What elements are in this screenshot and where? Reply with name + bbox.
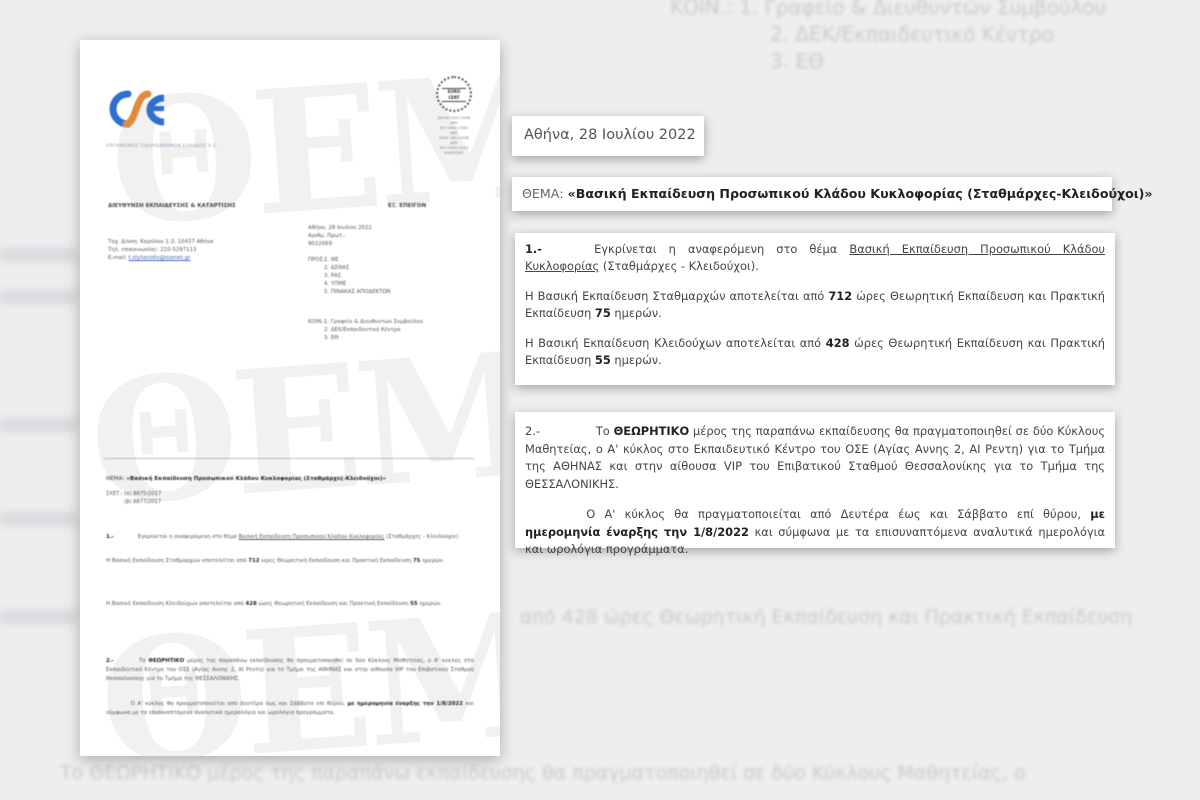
para-text: Το (596, 424, 610, 438)
address-phone: Τηλ. επικοινωνίας: 210-5297113 (108, 246, 213, 254)
excerpt-para-theory: 2.- Το ΘΕΩΡΗΤΙΚΟ μέρος της παραπάνω εκπα… (525, 423, 1105, 493)
para-text: (Σταθμάρχες - Κλειδούχοι). (603, 259, 759, 273)
excerpt-date: Αθήνα, 28 Ιουλίου 2022 (512, 116, 704, 156)
para-text: Το (139, 658, 146, 664)
background-line: ΚΟΙΝ.: 1. Γραφείο & Διευθυντών Συμβούλου (670, 0, 1106, 21)
protocol-number: 9022669 (308, 240, 423, 248)
background-line: 2. ΔΕΚ/Εκπαιδευτικό Κέντρο (670, 21, 1106, 48)
protocol-label: Αριθμ. Πρωτ.: (308, 232, 423, 240)
subject-text: «Βασική Εκπαίδευση Προσωπικού Κλάδου Κυκ… (126, 476, 386, 482)
para-text: Η Βασική Εκπαίδευση Κλειδούχων αποτελείτ… (106, 601, 244, 607)
para-number: 1.- (525, 242, 542, 256)
para-underlined: Βασική Εκπαίδευση Προσωπικού Κλάδου Κυκλ… (239, 534, 385, 540)
divider (104, 458, 474, 459)
org-name: ΟΡΓΑΝΙΣΜΟΣ ΣΙΔΗΡΟΔΡΟΜΩΝ ΕΛΛΑΔΟΣ Α.Ε. (106, 144, 218, 149)
recipient-item: 4. ΥΠΜΕ (324, 280, 391, 288)
letter-date: Αθήνα, 28 Ιουλίου 2022 (308, 224, 423, 232)
background-cc-list: ΚΟΙΝ.: 1. Γραφείο & Διευθυντών Συμβούλου… (670, 0, 1106, 75)
para-text: ημερών. (419, 601, 441, 607)
email-link[interactable]: t.stylianidis@osenet.gr (128, 255, 190, 261)
background-blur (0, 418, 78, 432)
days-value: 75 (413, 558, 421, 564)
recipient-item: 3. ΡΑΣ (324, 272, 391, 280)
days-value: 75 (595, 306, 611, 320)
cc-list: ΚΟΙΝ.: 1. Γραφείο & Διευθυντών Συμβούλου… (308, 318, 423, 342)
paragraph-2: 2.- Το ΘΕΩΡΗΤΙΚΟ μέρος της παραπάνω εκπα… (106, 657, 474, 684)
paragraph-switchmen: Η Βασική Εκπαίδευση Κλειδούχων αποτελείτ… (106, 600, 474, 609)
cc-item: 1. Γραφείο & Διευθυντών Συμβούλου (324, 318, 423, 326)
excerpt-paragraph-2: 2.- Το ΘΕΩΡΗΤΙΚΟ μέρος της παραπάνω εκπα… (515, 412, 1115, 548)
ose-logo-icon (106, 86, 168, 132)
hours-value: 712 (828, 289, 852, 303)
hours-value: 712 (248, 558, 259, 564)
address-street: Ταχ. Δ/νση: Καρόλου 1-3, 10437 Αθήνα (108, 238, 213, 246)
excerpt-subject: ΘΕΜΑ: «Βασική Εκπαίδευση Προσωπικού Κλάδ… (512, 177, 1112, 211)
background-line-mid: από 428 ώρες Θεωρητική Εκπαίδευση και Πρ… (520, 606, 1132, 628)
excerpt-para-stationmasters: Η Βασική Εκπαίδευση Σταθμαρχών αποτελείτ… (525, 288, 1105, 322)
letter-subject: ΘΕΜΑ: «Βασική Εκπαίδευση Προσωπικού Κλάδ… (106, 476, 386, 482)
paragraph-1: 1.- Εγκρίνεται η αναφερόμενη στο θέμα Βα… (106, 533, 474, 542)
subject-text: «Βασική Εκπαίδευση Προσωπικού Κλάδου Κυκ… (568, 186, 1153, 201)
ref-item: (α) 8875/2017 (124, 490, 161, 498)
subject-label: ΘΕΜΑ: (106, 476, 124, 482)
ref-item: (β) 8877/2017 (124, 498, 161, 506)
background-blur (0, 248, 78, 262)
para-text: Εγκρίνεται η αναφερόμενη στο θέμα (594, 242, 837, 256)
excerpt-paragraph-1: 1.- Εγκρίνεται η αναφερόμενη στο θέμα Βα… (515, 233, 1115, 385)
background-line: 3. ΕΘ (670, 48, 1106, 75)
cert-label-bottom: CERT (442, 95, 466, 101)
para-number: 2.- (106, 658, 114, 664)
hours-value: 428 (826, 336, 850, 350)
days-value: 55 (595, 353, 611, 367)
background-blur (0, 512, 78, 526)
letter-page: ΘΕΜΑ ΘΕΜΑ ΘΕΜΑ ΟΡΓΑΝΙΣΜΟΣ ΣΙΔΗΡΟΔΡΟΜΩΝ Ε… (80, 40, 500, 756)
cc-item: 2. ΔΕΚ/Εκπαιδευτικό Κέντρο (324, 326, 423, 334)
para-text: ώρες Θεωρητική Εκπαίδευση και Πρακτική Ε… (261, 558, 411, 564)
recipient-item: 2. ΔΣΘΑΣ (324, 264, 391, 272)
para-text: ώρες Θεωρητική Εκπαίδευση και Πρακτική Ε… (259, 601, 409, 607)
cert-line: EUROCERT (436, 151, 472, 156)
letter-meta: Αθήνα, 28 Ιουλίου 2022 Αριθμ. Πρωτ.: 902… (308, 224, 423, 342)
para-bold: ΘΕΩΡΗΤΙΚΟ (614, 424, 690, 438)
references: ΣΧΕΤ.: (α) 8875/2017 (β) 8877/2017 (106, 490, 161, 506)
para-text: (Σταθμάρχες - Κλειδούχοι). (386, 534, 460, 540)
para-text: ημερών. (614, 306, 661, 320)
para-text: Ο Α' κύκλος θα πραγματοποιείται από Δευτ… (131, 701, 345, 707)
para-text: Ο Α' κύκλος θα πραγματοποιείται από Δευτ… (586, 507, 1081, 521)
subject-label: ΘΕΜΑ: (522, 186, 564, 201)
excerpt-para-switchmen: Η Βασική Εκπαίδευση Κλειδούχων αποτελείτ… (525, 335, 1105, 369)
para-text: Εγκρίνεται η αναφερόμενη στο θέμα (138, 534, 237, 540)
excerpt-para-approval: 1.- Εγκρίνεται η αναφερόμενη στο θέμα Βα… (525, 241, 1105, 275)
refs-label: ΣΧΕΤ.: (106, 490, 124, 506)
department-heading: ΔΙΕΥΘΥΝΣΗ ΕΚΠΑΙΔΕΥΣΗΣ & ΚΑΤΑΡΤΙΣΗΣ (108, 203, 236, 209)
para-text: ημερών. (614, 353, 661, 367)
hours-value: 428 (246, 601, 257, 607)
recipient-item: 5. ΠΙΝΑΚΑΣ ΑΠΟΔΕΚΤΩΝ (324, 288, 391, 296)
para-number: 2.- (525, 424, 540, 438)
background-line-bottom: Το ΘΕΩΡΗΤΙΚΟ μέρος της παραπάνω εκπαίδευ… (60, 762, 1026, 784)
paragraph-start-date: Ο Α' κύκλος θα πραγματοποιείται από Δευτ… (106, 700, 474, 718)
recipients-label: ΠΡΟΣ: (308, 256, 324, 296)
cc-label: ΚΟΙΝ.: (308, 318, 324, 342)
para-text: μέρος της παραπάνω εκπαίδευσης θα πραγμα… (525, 424, 1105, 491)
para-text: ημερών. (422, 558, 444, 564)
days-value: 55 (410, 601, 418, 607)
start-date: με ημερομηνία έναρξης την 1/8/2022 (347, 701, 462, 707)
para-text: Η Βασική Εκπαίδευση Σταθμαρχών αποτελείτ… (106, 558, 247, 564)
para-text: Η Βασική Εκπαίδευση Κλειδούχων αποτελείτ… (525, 336, 821, 350)
excerpt-para-start-date: Ο Α' κύκλος θα πραγματοποιείται από Δευτ… (525, 506, 1105, 559)
cc-item: 3. ΕΘ (324, 334, 423, 342)
urgency-label: ΕΞ. ΕΠΕΙΓΟΝ (388, 203, 426, 209)
email-label: E-mail: (108, 255, 127, 261)
recipient-item: 1. ΘΕ (324, 256, 391, 264)
para-number: 1.- (106, 534, 114, 540)
paragraph-stationmasters: Η Βασική Εκπαίδευση Σταθμαρχών αποτελείτ… (106, 557, 474, 566)
background-blur (0, 290, 78, 304)
eu-stars-icon: EURO CERT (436, 76, 472, 112)
background-blur (0, 610, 78, 624)
para-text: Η Βασική Εκπαίδευση Σταθμαρχών αποτελείτ… (525, 289, 824, 303)
recipients: ΠΡΟΣ: 1. ΘΕ 2. ΔΣΘΑΣ 3. ΡΑΣ 4. ΥΠΜΕ 5. Π… (308, 256, 423, 296)
eurocert-badge: EURO CERT EN ISO 9001:2008 ΔΠΕ ISO 14001… (436, 76, 472, 156)
para-bold: ΘΕΩΡΗΤΙΚΟ (148, 658, 184, 664)
cert-lines: EN ISO 9001:2008 ΔΠΕ ISO 14001:2004 ΔΠΕ … (436, 116, 472, 156)
sender-address: Ταχ. Δ/νση: Καρόλου 1-3, 10437 Αθήνα Τηλ… (108, 238, 213, 262)
